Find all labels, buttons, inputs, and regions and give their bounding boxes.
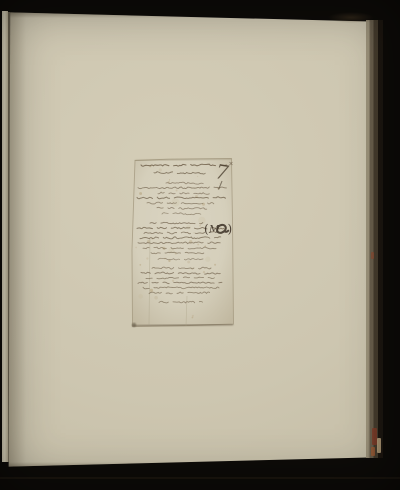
manuscript-layer: 7 ( M ): [0, 0, 400, 490]
foxing-spot: [194, 232, 195, 233]
foxing-spot: [192, 315, 194, 317]
foxing-spot: [139, 264, 141, 266]
foxing-spot: [214, 264, 216, 266]
collector-mark: ( M ): [204, 222, 232, 236]
foxing-blotch: [186, 225, 190, 229]
foxing-spot: [172, 280, 174, 282]
foxing-blotch: [171, 198, 179, 206]
foxing-spot: [197, 176, 198, 177]
photo-backdrop: 7 ( M ): [0, 0, 400, 490]
foxing-spot: [139, 192, 142, 195]
foxing-spot: [135, 247, 136, 248]
foxing-spot: [187, 261, 190, 264]
foxing-spot: [199, 225, 201, 227]
foxing-spot: [150, 289, 153, 292]
foxing-spot: [159, 168, 162, 171]
corner-blot: [132, 323, 136, 327]
foxing-spot: [197, 243, 199, 245]
foxing-spot: [203, 271, 205, 273]
foxing-blotch: [205, 257, 210, 262]
collector-mark-open-paren: (: [204, 222, 209, 236]
foxing-spot: [169, 179, 170, 180]
foxing-spot: [176, 190, 178, 192]
foxing-spot: [146, 257, 148, 259]
foxing-blotch: [138, 294, 143, 299]
collector-mark-close-paren: ): [228, 222, 233, 236]
foxing-spot: [154, 296, 158, 300]
foxing-spot: [202, 203, 205, 206]
foxing-spot: [192, 317, 194, 319]
